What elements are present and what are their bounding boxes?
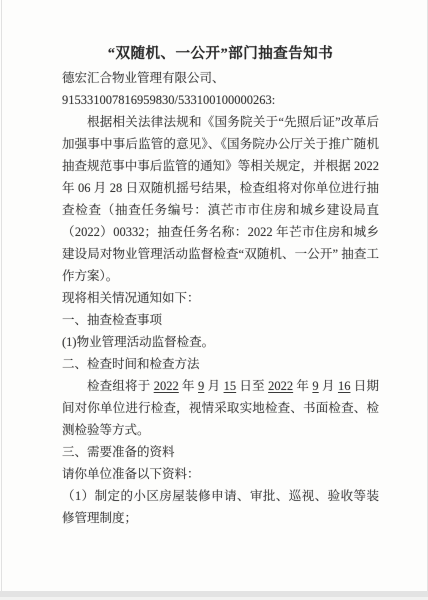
text-segment: 日至 — [236, 379, 268, 393]
recipient-company: 德宏汇合物业管理有限公司、 — [62, 67, 379, 89]
body-paragraph: (1)物业管理活动监督检查。 — [62, 331, 379, 353]
body-paragraph: 检查组将于 2022 年 9 月 15 日至 2022 年 9 月 16 日期间… — [62, 375, 379, 441]
section-heading: 三、需要准备的资料 — [62, 441, 379, 463]
recipient-credit-code: 915331007816959830/533100100000263: — [62, 89, 379, 111]
body-paragraph: 根据相关法律法规和《国务院关于“先照后证”改革后加强事中事后监管的意见》、《国务… — [62, 111, 379, 287]
document-content: “双随机、一公开”部门抽查告知书 德宏汇合物业管理有限公司、 915331007… — [62, 44, 379, 529]
text-segment: 月 — [319, 379, 338, 393]
body-paragraph: 现将相关情况通知如下： — [62, 287, 379, 309]
underlined-date-value: 16 — [338, 379, 351, 393]
page-left-edge — [1, 0, 2, 591]
section-heading: 二、检查时间和检查方法 — [62, 353, 379, 375]
text-segment: 检查组将于 — [87, 379, 154, 393]
underlined-date-value: 2022 — [268, 379, 293, 393]
body-paragraph: 请你单位准备以下资料： — [62, 463, 379, 485]
text-segment: 年 — [179, 379, 198, 393]
body-paragraph: （1）制定的小区房屋装修申请、审批、巡视、验收等装修管理制度； — [62, 485, 379, 529]
underlined-date-value: 15 — [224, 379, 237, 393]
text-segment: 月 — [204, 379, 223, 393]
underlined-date-value: 2022 — [154, 379, 179, 393]
document-body: 根据相关法律法规和《国务院关于“先照后证”改革后加强事中事后监管的意见》、《国务… — [62, 111, 379, 529]
text-segment: 年 — [293, 379, 312, 393]
section-heading: 一、抽查检查事项 — [62, 309, 379, 331]
scanned-document-page: “双随机、一公开”部门抽查告知书 德宏汇合物业管理有限公司、 915331007… — [0, 0, 428, 600]
document-title: “双随机、一公开”部门抽查告知书 — [62, 44, 379, 65]
